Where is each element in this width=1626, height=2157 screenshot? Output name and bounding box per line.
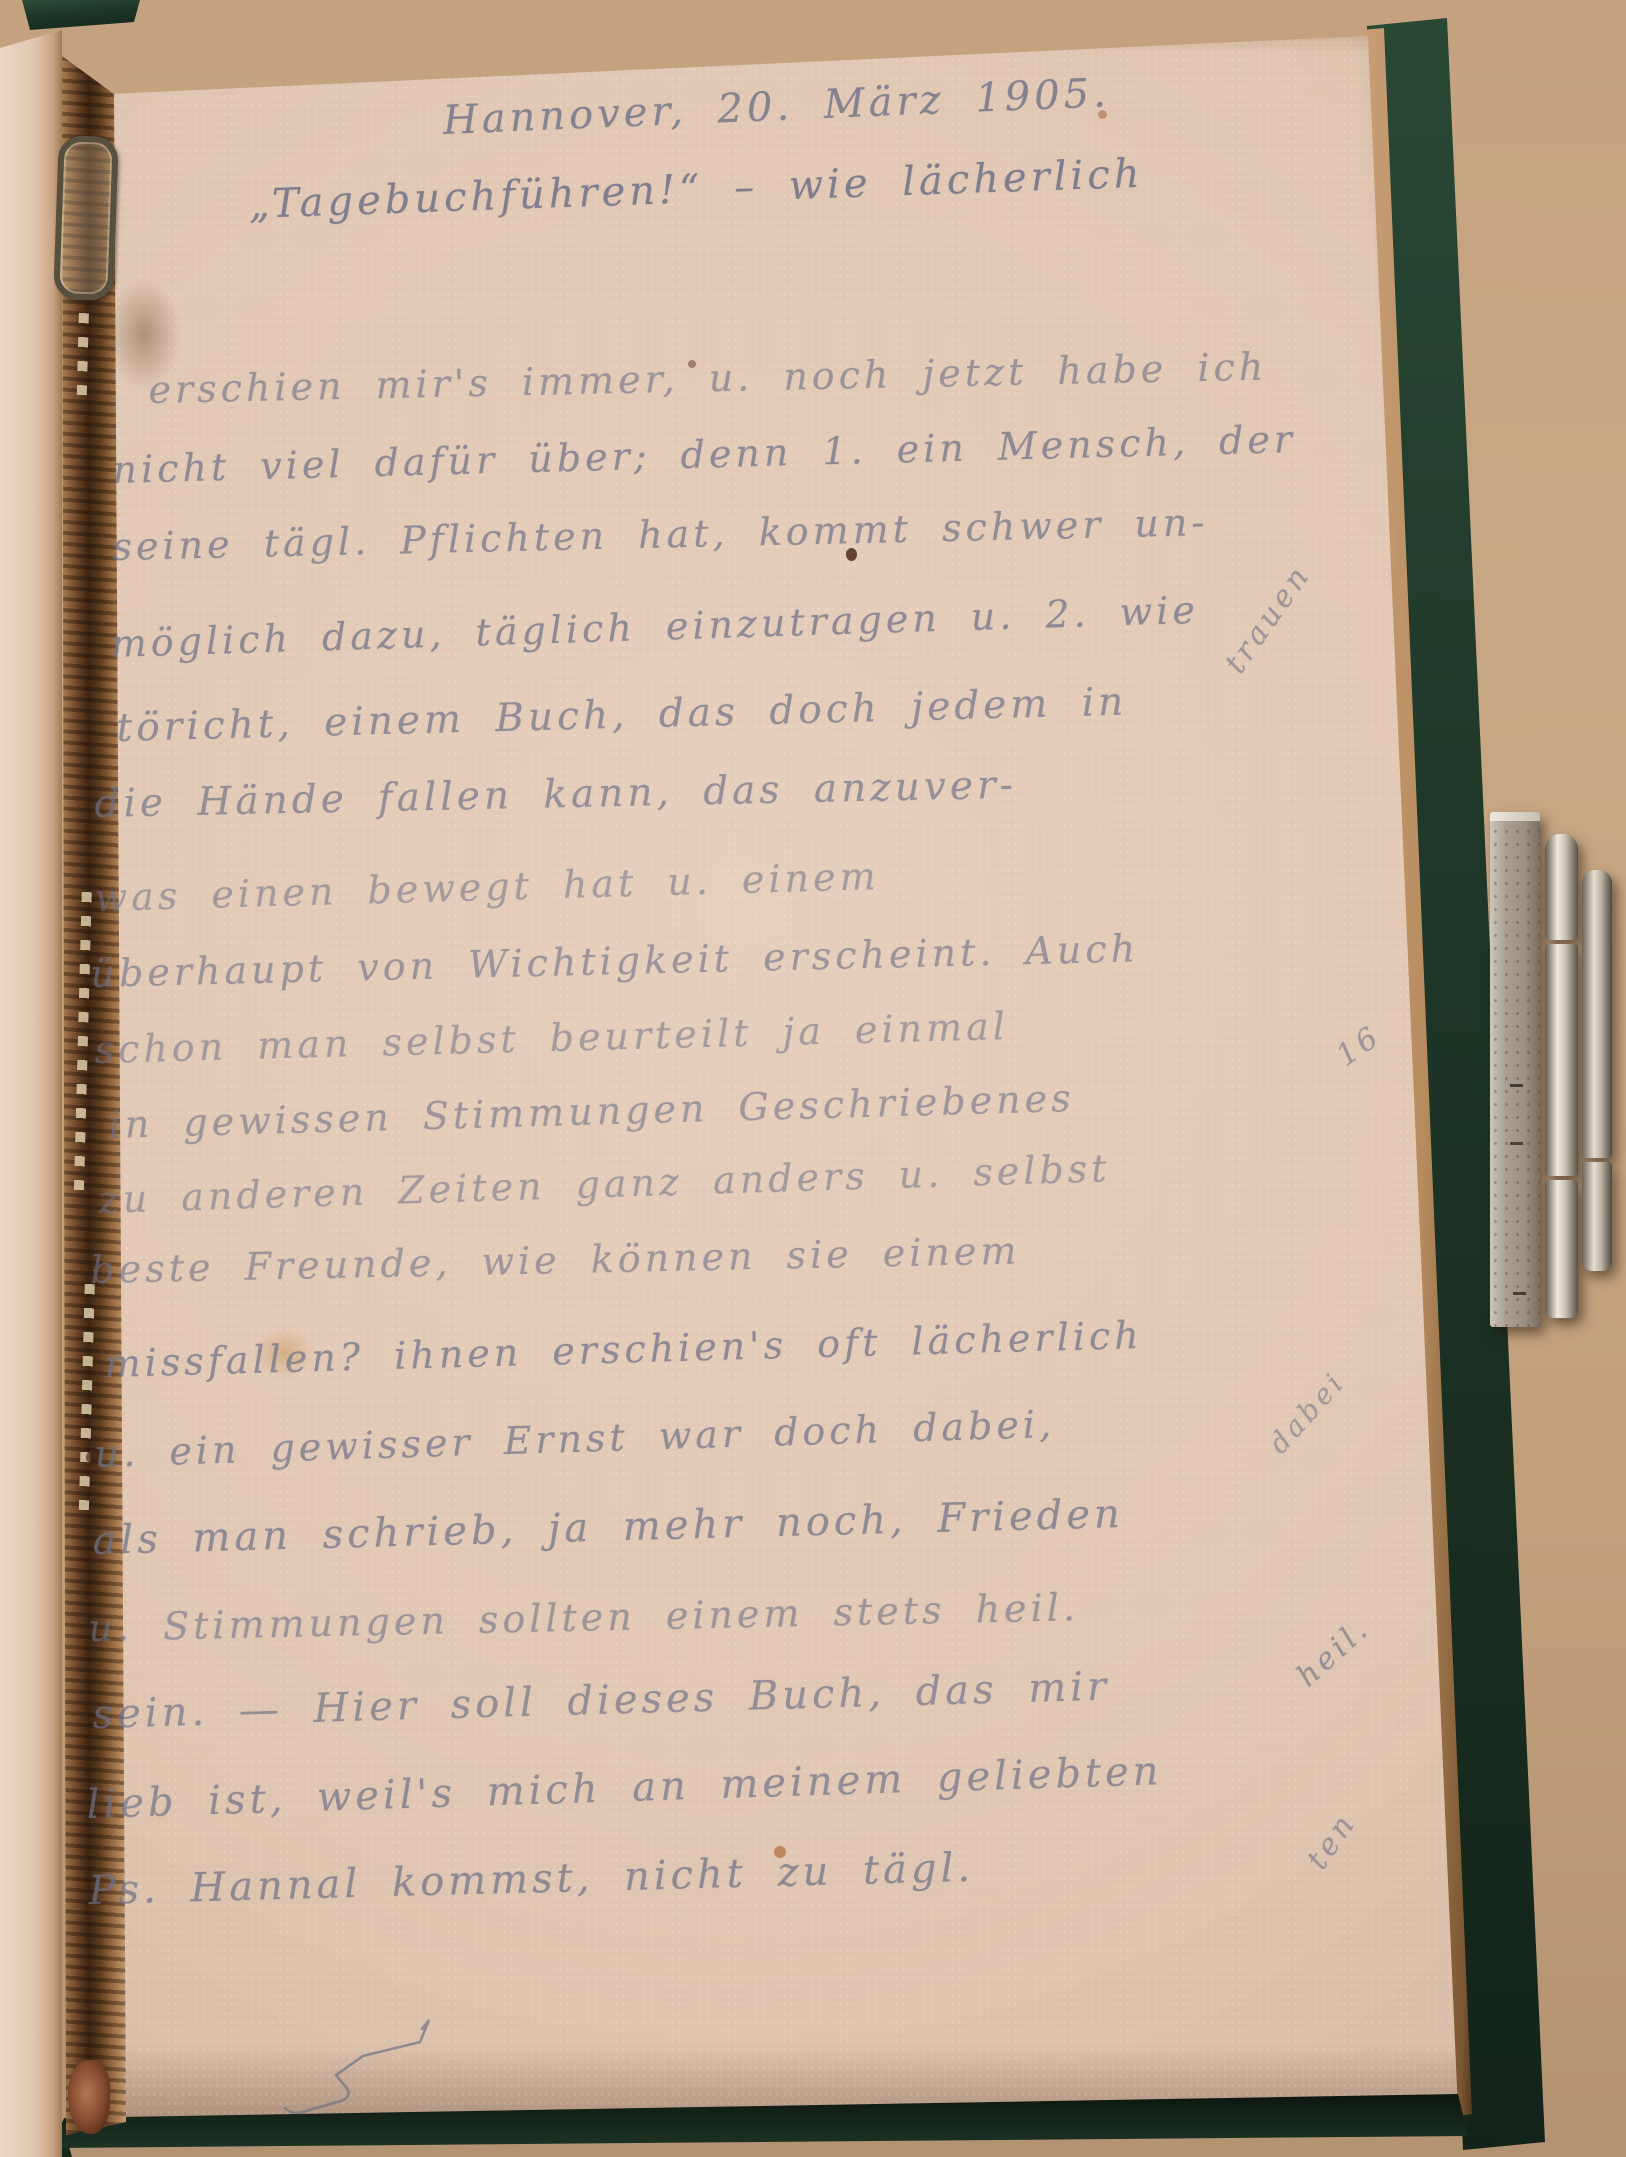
pencil-flourish [255,2012,465,2127]
clasp-hinge-segment [1545,1180,1578,1318]
clasp-bar [1490,812,1540,1327]
diary-photograph: Hannover, 20. März 1905. „Tagebuchführen… [0,0,1626,2157]
clasp-hinge-segment [1582,1162,1612,1271]
wire-staple [53,135,119,301]
clasp-hinge-segment [1545,834,1578,940]
clasp-hinge-segment [1582,870,1612,1158]
clasp-hinge-pin-inner [1582,870,1612,1275]
clasp-hinge-pin-outer [1545,834,1578,1326]
binding-tail [68,2060,110,2134]
metal-clasp [1488,808,1626,1338]
book-cover-top-left-corner [22,0,140,30]
clasp-hinge-segment [1545,944,1578,1176]
facing-page-edge [0,30,62,2157]
